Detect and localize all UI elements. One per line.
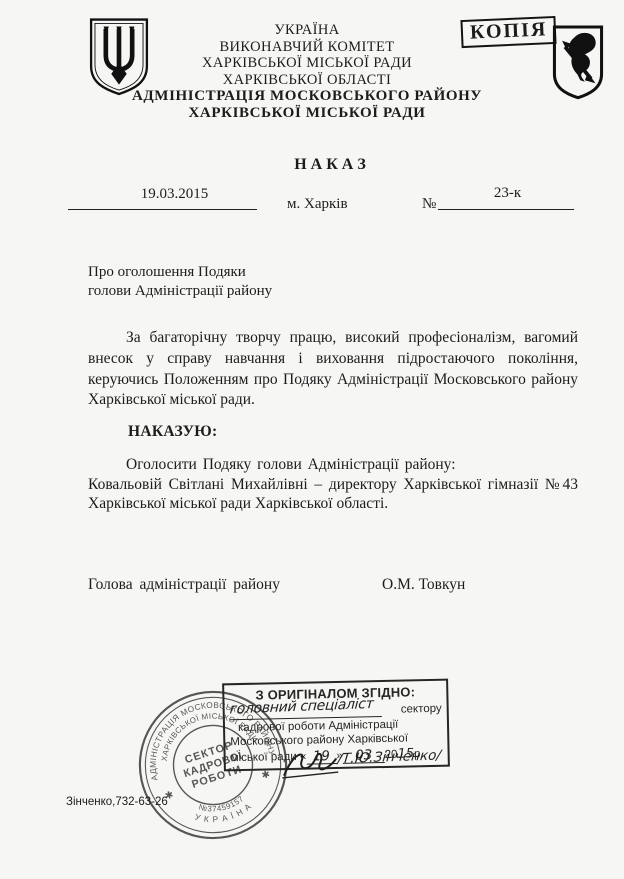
- scanned-order-document: УКРАЇНА ВИКОНАВЧИЙ КОМІТЕТ ХАРКІВСЬКОЇ М…: [0, 0, 624, 879]
- number-field: 23-к: [442, 185, 573, 202]
- copy-stamp: КОПІЯ: [460, 16, 556, 48]
- city-field: м. Харків: [287, 196, 348, 213]
- signature-position: Голова адміністрації району: [88, 576, 280, 594]
- number-underline: [438, 209, 574, 210]
- signature-scribble-icon: [279, 745, 340, 783]
- city-coat-of-arms-icon: [547, 24, 609, 100]
- decree-heading: НАКАЗУЮ:: [128, 423, 217, 441]
- letterhead-org-line2: ХАРКІВСЬКОЇ МІСЬКОЇ РАДИ: [70, 105, 544, 122]
- date-field: 19.03.2015: [92, 186, 257, 203]
- letterhead-line: ХАРКІВСЬКОЇ ОБЛАСТІ: [70, 72, 544, 89]
- signature-name: О.М. Товкун: [382, 576, 465, 594]
- order-paragraph: Оголосити Подяку голови Адміністрації ра…: [88, 455, 578, 514]
- body-paragraph: За багаторічну творчу працю, високий про…: [88, 328, 578, 411]
- order-title: Н А К А З: [0, 156, 624, 174]
- number-sign: №: [422, 196, 436, 213]
- date-underline: [68, 209, 257, 210]
- letterhead-org-line1: АДМІНІСТРАЦІЯ МОСКОВСЬКОГО РАЙОНУ: [70, 88, 544, 105]
- subject-block: Про оголошення Подяки голови Адміністрац…: [88, 263, 508, 301]
- letterhead-line: ХАРКІВСЬКОЇ МІСЬКОЇ РАДИ: [70, 55, 544, 72]
- subject-line1: Про оголошення Подяки: [88, 263, 508, 282]
- city-coat-of-arms: [547, 24, 609, 100]
- subject-line2: голови Адміністрації району: [88, 282, 508, 301]
- handwritten-name: /Т.Ю.Зінченко/: [337, 747, 442, 767]
- footer-contact: Зінченко,732-63-26: [66, 796, 168, 808]
- certifier-signature: /Т.Ю.Зінченко/: [279, 741, 455, 787]
- star-separator-icon: ✱: [261, 769, 271, 781]
- order-rest: Ковальовій Світлані Михайлівні – директо…: [88, 475, 578, 514]
- order-line1: Оголосити Подяку голови Адміністрації ра…: [88, 455, 578, 475]
- role-suffix: сектору: [401, 703, 442, 716]
